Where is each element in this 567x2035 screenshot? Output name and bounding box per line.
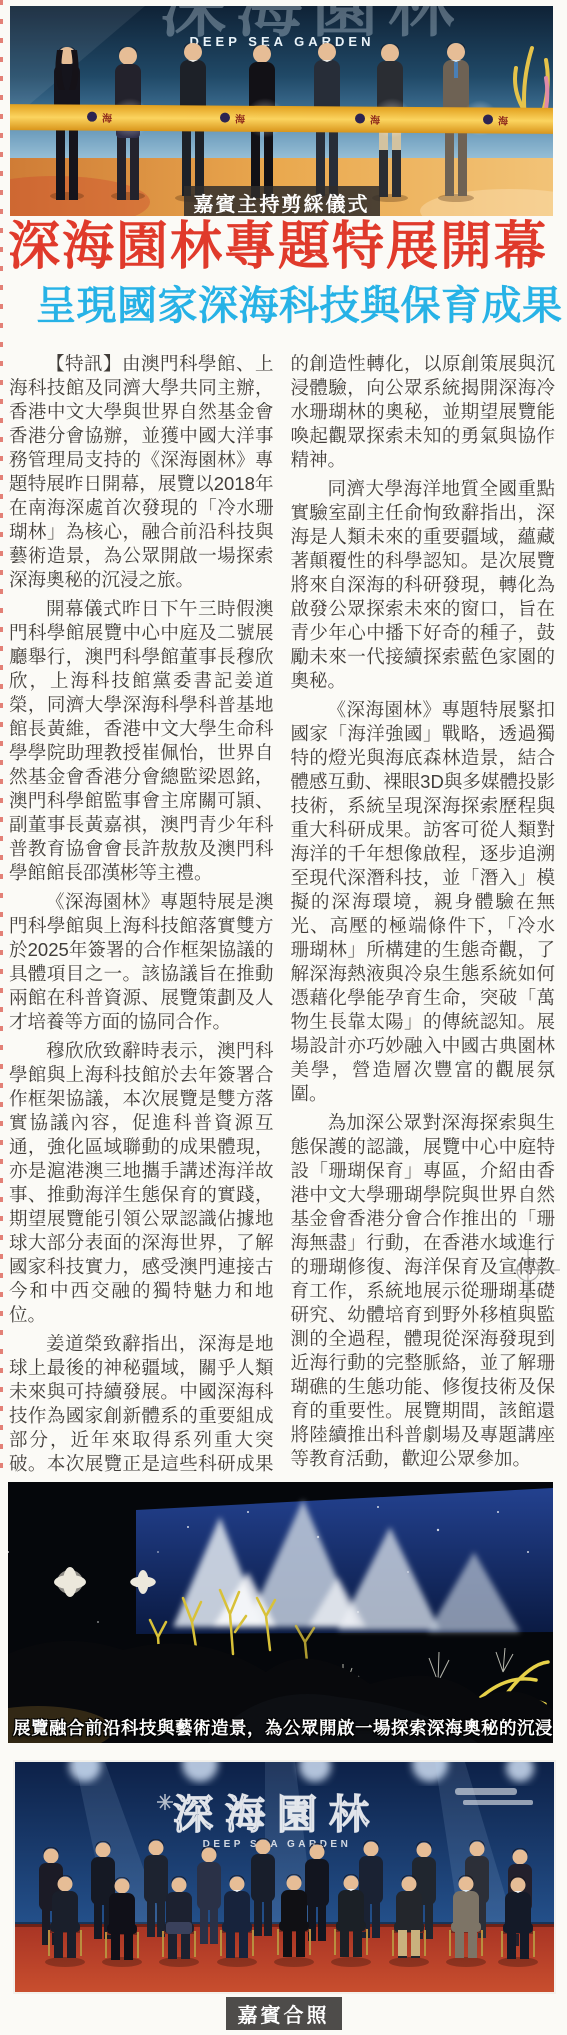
- deep-sea-diorama-illustration: [8, 1482, 553, 1743]
- exhibit-photo: 展覽融合前沿科技與藝術造景，為公眾開啟一場探索深海奧秘的沉浸之旅。: [8, 1482, 553, 1743]
- headline-sub: 呈現國家深海科技與保育成果: [36, 283, 567, 329]
- article-paragraph: 《深海園林》專題特展緊扣國家「海洋強國」戰略，透過獨特的燈光與海底森林造景，結合…: [291, 698, 556, 1106]
- article-paragraph: 【特訊】由澳門科學館、上海科技館及同濟大學共同主辦，香港中文大學與世界自然基金會…: [9, 352, 274, 592]
- backdrop-title-en: DEEP SEA GARDEN: [190, 34, 375, 49]
- group-photo-caption: 嘉賓合照: [226, 1997, 342, 2030]
- print-edge-marks: [0, 0, 3, 1475]
- newspaper-page: 深海園林 DEEP SEA GARDEN: [0, 0, 567, 2035]
- svg-text:海: 海: [235, 113, 246, 126]
- article-paragraph: 開幕儀式昨日下午三時假澳門科學館展覽中心中庭及二號展廳舉行，澳門科學館董事長穆欣…: [9, 597, 274, 885]
- group-photo: 深海園林 DEEP SEA GARDEN: [15, 1762, 554, 1992]
- headline-main: 深海園林專題特展開幕: [8, 219, 565, 276]
- ceremony-ribbon: 海 海 海 海: [10, 104, 553, 134]
- top-photo: 深海園林 DEEP SEA GARDEN: [10, 6, 553, 216]
- article-paragraph: 《深海園林》專題特展是澳門科學館與上海科技館落實雙方於2025年簽署的合作框架協…: [9, 890, 274, 1034]
- svg-text:海: 海: [498, 115, 509, 128]
- ribbon-cutting-illustration: 深海園林 DEEP SEA GARDEN: [10, 6, 553, 216]
- svg-text:海: 海: [102, 112, 113, 125]
- exhibit-photo-caption: 展覽融合前沿科技與藝術造景，為公眾開啟一場探索深海奧秘的沉浸之旅。: [13, 1715, 548, 1740]
- backdrop-title-cn: 深海園林: [173, 1793, 381, 1837]
- svg-text:海: 海: [370, 114, 381, 127]
- group-photo-illustration: 深海園林 DEEP SEA GARDEN: [15, 1762, 554, 1992]
- top-photo-caption: 嘉賓主持剪綵儀式: [184, 186, 380, 216]
- article-paragraph: 穆欣欣致辭時表示，澳門科學館與上海科技館於去年簽署合作框架協議，本次展覽是雙方落…: [9, 1039, 274, 1327]
- article-paragraph: 同濟大學海洋地質全國重點實驗室副主任俞恂致辭指出，深海是人類未來的重要疆域，蘊藏…: [291, 477, 556, 693]
- article-body: 【特訊】由澳門科學館、上海科技館及同濟大學共同主辦，香港中文大學與世界自然基金會…: [9, 352, 555, 1476]
- backdrop-title-en: DEEP SEA GARDEN: [203, 1839, 352, 1850]
- registration-mark: [498, 1236, 560, 1306]
